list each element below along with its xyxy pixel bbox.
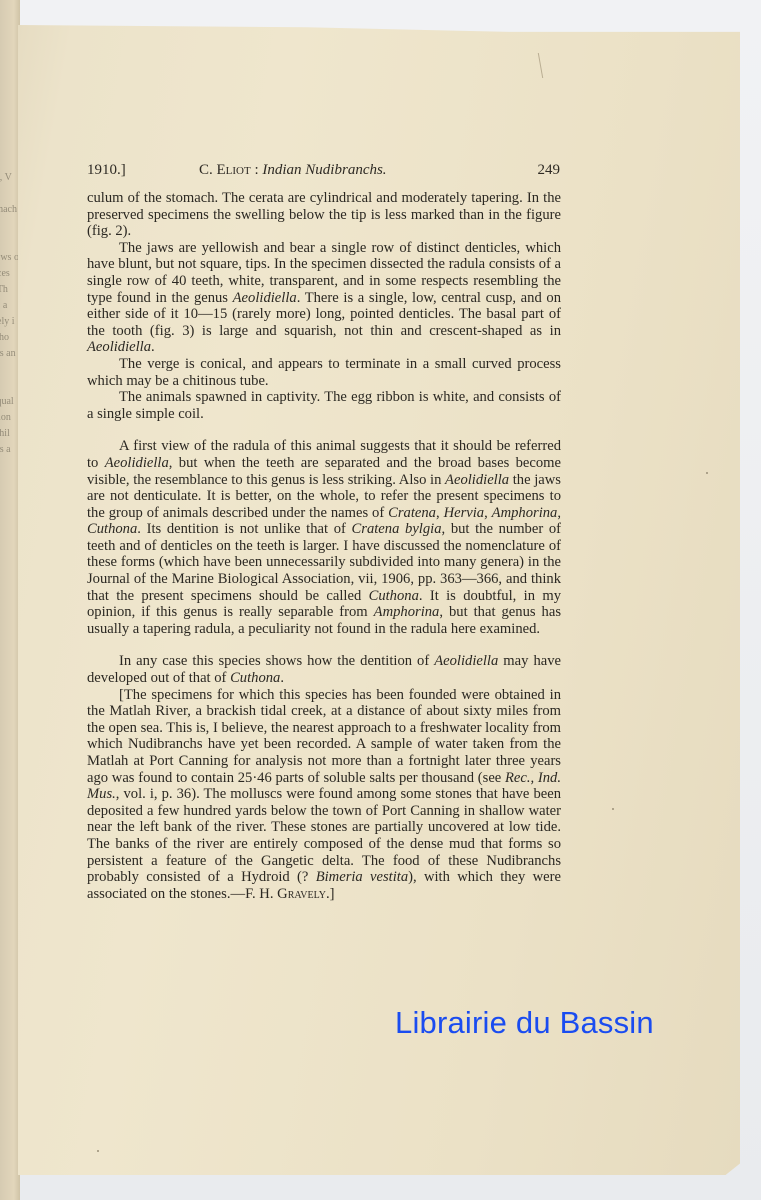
italic-term: Aeolidiella [87,339,151,355]
text-run: In any case this species shows how the d… [119,653,434,669]
italic-term: Amphorina [492,505,558,521]
running-head-title: C. Eliot : Indian Nudibranchs. [199,162,387,179]
previous-page-text-fragment: ol, V rmach rows o nces Th es a vely i a… [0,170,18,458]
text-run: . [151,339,155,355]
paragraph: A first view of the radula of this anima… [87,438,561,637]
italic-term: Cratena bylgia [352,521,442,537]
running-head: 1910.] C. Eliot : Indian Nudibranchs. 24… [87,162,560,182]
page-number: 249 [538,162,561,179]
text-run: Gravely [277,886,326,902]
text-run: , [557,505,561,521]
text-run: . [280,670,284,686]
text-run: , [436,505,444,521]
text-run: . Its dentition is not unlike that of [137,521,351,537]
italic-term: Aeolidiella [434,653,498,669]
italic-term: Aeolidiella [445,472,509,488]
paper-spot [706,472,708,474]
italic-term: Amphorina [374,604,440,620]
paper-spot [612,808,614,810]
italic-term: Cuthona [230,670,280,686]
italic-term: Cuthona [369,588,419,604]
paragraph: The animals spawned in captivity. The eg… [87,389,561,422]
paper-spot [448,282,450,284]
previous-page-edge: ol, V rmach rows o nces Th es a vely i a… [0,0,20,1200]
italic-term: Bimeria vestita [316,869,408,885]
body-text: culum of the stomach. The cerata are cyl… [87,190,561,902]
italic-term: Hervia [444,505,485,521]
text-run: .] [326,886,335,902]
paragraph: culum of the stomach. The cerata are cyl… [87,190,561,240]
paragraph: The jaws are yellowish and bear a single… [87,240,561,356]
italic-term: Cuthona [87,521,137,537]
paragraph: [The specimens for which this species ha… [87,687,561,903]
italic-term: Aeolidiella [233,290,297,306]
running-head-author: C. Eliot : [199,162,259,178]
text-run: The animals spawned in captivity. The eg… [87,389,561,422]
watermark: Librairie du Bassin [395,1005,654,1041]
running-head-journal-title: Indian Nudibranchs. [262,162,386,178]
paragraph: In any case this species shows how the d… [87,653,561,686]
italic-term: Cratena [388,505,436,521]
italic-term: Aeolidiella [105,455,169,471]
text-run: culum of the stomach. The cerata are cyl… [87,190,561,239]
text-run: , [484,505,492,521]
paper-tear [538,53,546,78]
paper-spot [97,1150,99,1152]
text-run: The verge is conical, and appears to ter… [87,356,561,389]
running-head-year: 1910.] [87,162,126,179]
text-run: [The specimens for which this species ha… [87,687,561,786]
paragraph: The verge is conical, and appears to ter… [87,356,561,389]
